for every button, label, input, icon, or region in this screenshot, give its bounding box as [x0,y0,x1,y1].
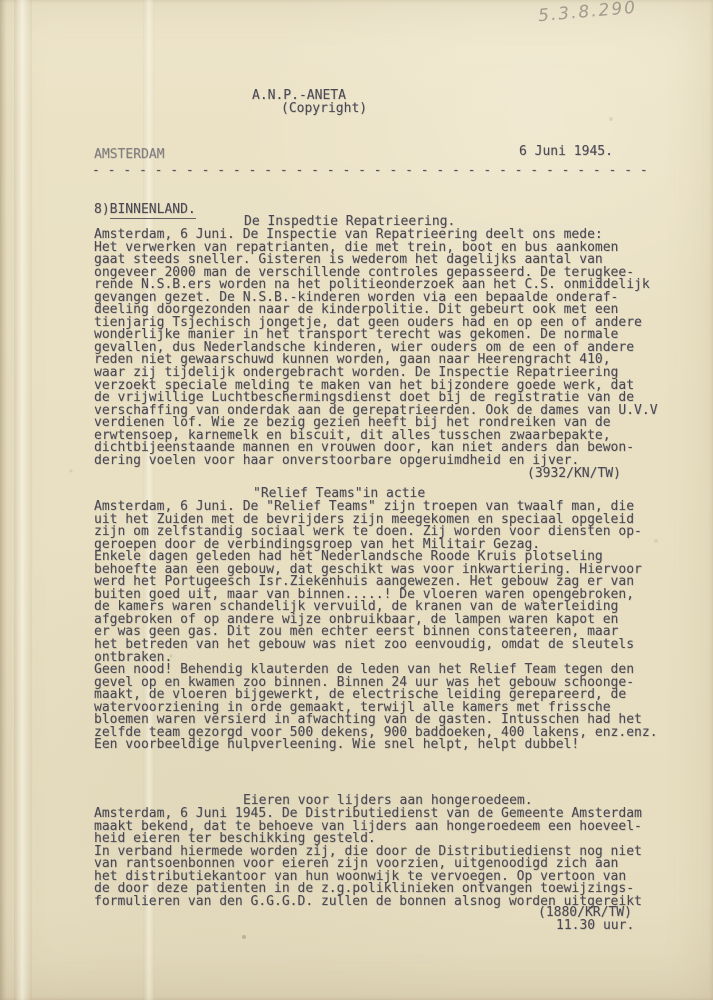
rubric-label: BINNENLAND. [110,202,196,219]
article-1-signature: (3932/KN/TW) [527,468,621,481]
paper-specks [0,0,2,2]
article-2-body: Amsterdam, 6 Juni. De "Relief Teams" zij… [94,501,658,752]
dashed-separator: - - - - - - - - - - - - - - - - - - - - … [92,165,648,178]
dateline-date: 6 Juni 1945. [519,146,613,159]
handwritten-reference-number: 5.3.8.290 [537,0,637,26]
document-page: 5.3.8.290 A.N.P.-ANETA (Copyright) AMSTE… [0,0,713,1000]
copyright-line: (Copyright) [281,103,367,116]
dateline-city: AMSTERDAM [94,149,164,162]
paper-edge-shadow [0,0,7,1000]
paper-crease-left [14,0,32,1000]
article-3-body: Amsterdam, 6 Juni 1945. De Distributiedi… [94,808,642,908]
article-3-time: 11.30 uur. [556,920,634,933]
article-1-body: Amsterdam, 6 Juni. De Inspectie van Repa… [94,229,658,467]
section-rubric: 8)BINNENLAND. [94,204,196,217]
rubric-number: 8) [94,202,110,217]
